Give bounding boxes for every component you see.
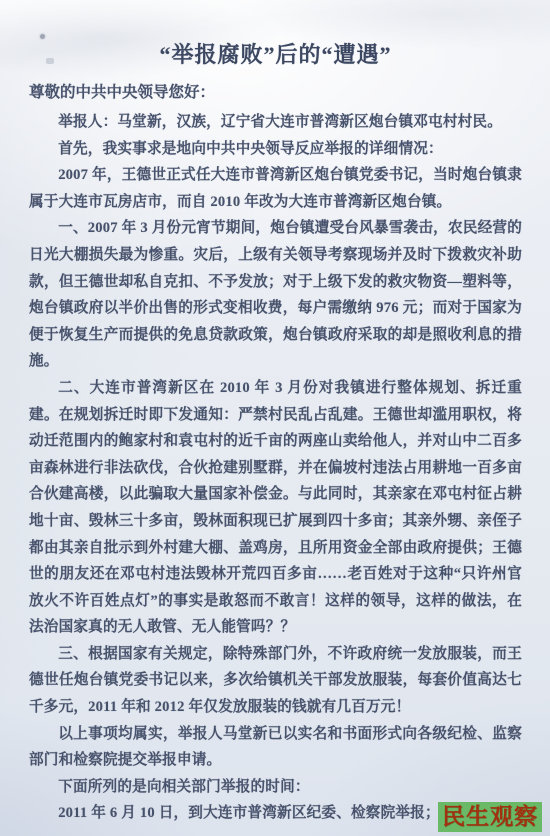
- paragraph-background: 2007 年，王德世正式任大连市普湾新区炮台镇党委书记，当时炮台镇隶属于大连市瓦…: [29, 162, 522, 215]
- paragraph-declaration: 以上事项均属实，举报人马堂新已以实名和书面形式向各级纪检、监察部门和检察院提交举…: [29, 721, 522, 774]
- paragraph-reporter-identity: 举报人：马堂新，汉族，辽宁省大连市普湾新区炮台镇邓屯村村民。: [29, 109, 522, 136]
- document-title: “举报腐败”后的“遭遇”: [29, 40, 522, 70]
- paragraph-intro: 首先，我实事求是地向中共中央领导反应举报的详细情况：: [29, 136, 522, 163]
- document-photo: “举报腐败”后的“遭遇” 尊敬的中共中央领导您好： 举报人：马堂新，汉族，辽宁省…: [0, 0, 550, 836]
- paper-speck: [40, 34, 45, 39]
- paragraph-item-1: 一、2007 年 3 月份元宵节期间，炮台镇遭受台风暴雪袭击，农民经营的日光大棚…: [29, 215, 522, 375]
- salutation: 尊敬的中共中央领导您好：: [29, 79, 522, 106]
- paragraph-item-3: 三、根据国家有关规定，除特殊部门外，不许政府统一发放服装，而王德世任炮台镇党委书…: [29, 641, 522, 721]
- watermark-badge: 民生观察: [438, 802, 542, 832]
- paragraph-list-intro: 下面所列的是向相关部门举报的时间：: [29, 774, 522, 801]
- document-body: “举报腐败”后的“遭遇” 尊敬的中共中央领导您好： 举报人：马堂新，汉族，辽宁省…: [29, 40, 522, 827]
- paragraph-item-2: 二、大连市普湾新区在 2010 年 3 月份对我镇进行整体规划、拆迁重建。在规划…: [29, 375, 522, 641]
